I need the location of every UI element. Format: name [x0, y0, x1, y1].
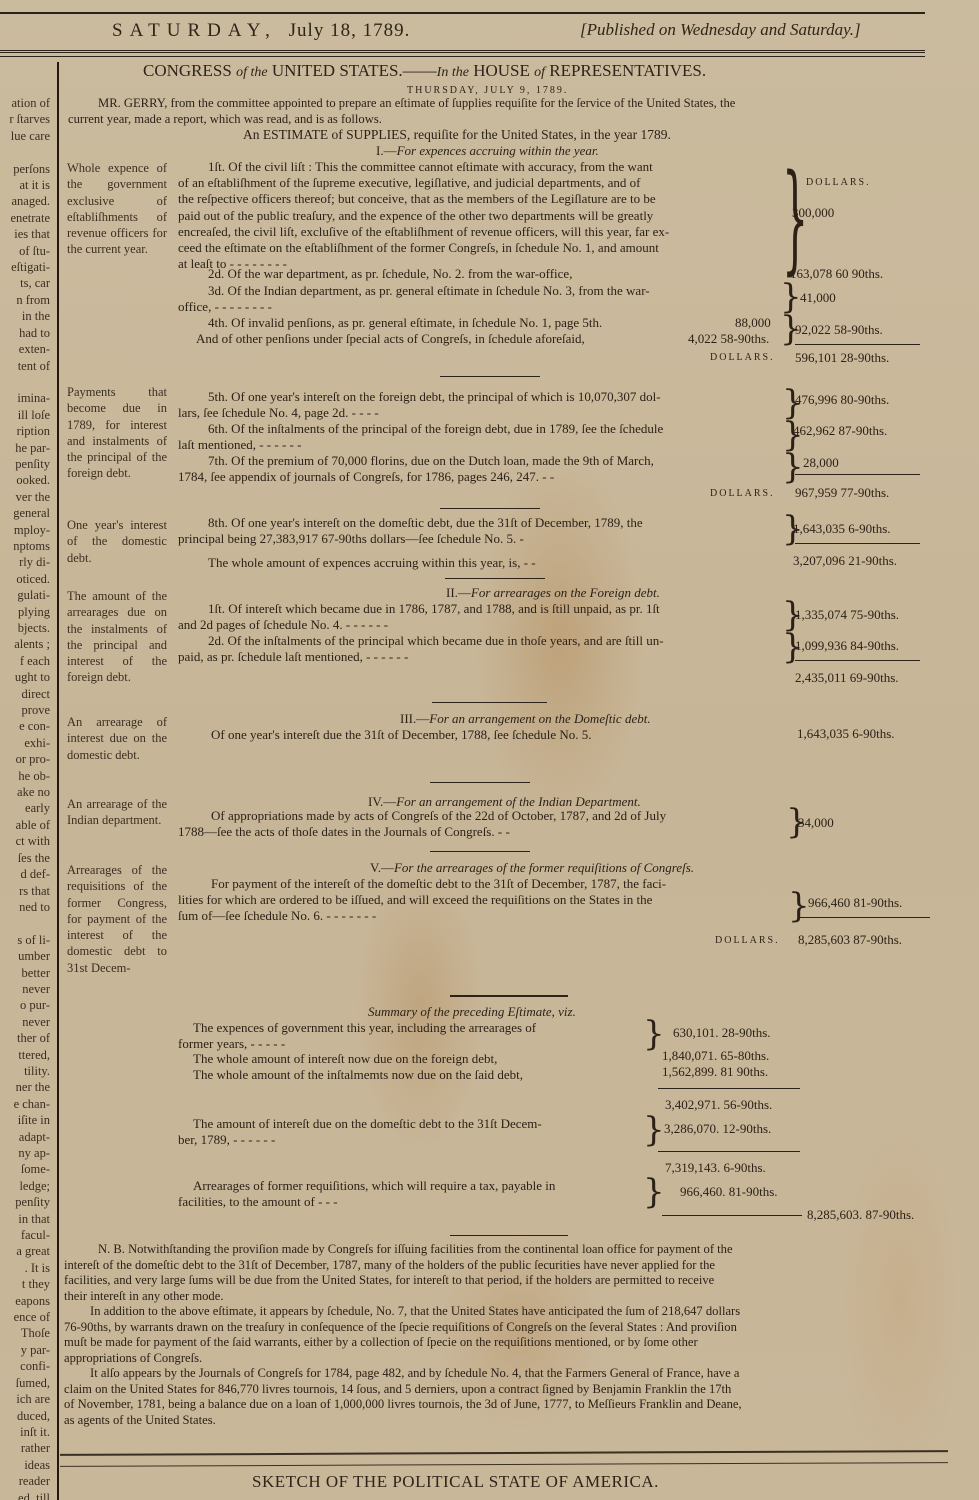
item-arrear-interest-2: and 2d pages of ſchedule No. 4. - - - - …	[178, 617, 388, 633]
fragment-line: penſity	[0, 1194, 50, 1210]
column-divider	[57, 62, 59, 1500]
summary-row-3: The whole amount of the inſtalmemts now …	[193, 1067, 523, 1083]
item-domestic-arrear: Of one year's intereſt due the 31ſt of D…	[211, 727, 592, 743]
section-divider	[430, 851, 530, 852]
notes-divider	[450, 1235, 568, 1236]
fragment-line: ſumed,	[0, 1375, 50, 1391]
fragment-line: better	[0, 965, 50, 981]
fragment-line: tility.	[0, 1063, 50, 1079]
fragment-line: ttered,	[0, 1047, 50, 1063]
section-title: For arrearages on the Foreign debt.	[471, 585, 660, 600]
masthead-date-value: July 18, 1789.	[289, 20, 411, 41]
fragment-line: nptoms	[0, 538, 50, 554]
note-line: their intereſt in any other mode.	[64, 1288, 223, 1304]
section-title: For expences accruing within the year.	[397, 143, 599, 158]
margin-note-domestic-interest: One year's interest of the domestic debt…	[67, 517, 167, 566]
summary-row-1b: former years, - - - - -	[178, 1036, 285, 1052]
fragment-line: gulati-	[0, 587, 50, 603]
fragment-line: d def-	[0, 866, 50, 882]
amount-indian-department: 41,000	[800, 290, 836, 306]
fragment-line: iſite in	[0, 1112, 50, 1128]
fragment-line: never	[0, 1014, 50, 1030]
headline-part: of the	[236, 65, 268, 80]
item-invalid-pensions: 4th. Of invalid penſions, as pr. general…	[208, 315, 602, 331]
fragment-line: duced,	[0, 1408, 50, 1424]
item-war-department: 2d. Of the war department, as pr. ſchedu…	[208, 266, 572, 282]
item-indian-appropriations-1: Of appropriations made by acts of Congre…	[211, 808, 666, 824]
fragment-line: general	[0, 505, 50, 521]
fragment-line: ation of	[0, 95, 50, 111]
fragment-line: ake no	[0, 784, 50, 800]
brace-summary-1: }	[643, 1017, 665, 1051]
section-2-heading: II.—For arrearages on the Foreign debt.	[446, 585, 660, 601]
fragment-line: plying	[0, 604, 50, 620]
summary-rule-2	[658, 1151, 800, 1152]
amount-arrear-instalments: 1,099,936 84-90ths.	[795, 638, 899, 654]
section-number: III.—	[400, 711, 429, 726]
amount-dutch-premium: 28,000	[803, 455, 839, 471]
fragment-line: eſtigati-	[0, 259, 50, 275]
summary-title: Summary of the preceding Eſtimate, viz.	[368, 1004, 576, 1020]
summary-row-1a: The expences of government this year, in…	[193, 1020, 536, 1036]
amount-foreign-instalments: 462,962 87-90ths.	[793, 423, 887, 439]
amount-indian-appropriations: 34,000	[798, 815, 834, 831]
headline-part: CONGRESS	[143, 61, 236, 80]
subtotal-label: DOLLARS.	[710, 352, 775, 363]
fragment-line: ct with	[0, 833, 50, 849]
masthead-bottom-rule-2	[0, 56, 925, 57]
fragment-line: n from	[0, 292, 50, 308]
summary-row-2: The whole amount of intereſt now due on …	[193, 1051, 497, 1067]
fragment-line: umber	[0, 948, 50, 964]
fragment-line: ed, till	[0, 1490, 50, 1500]
fragment-line: early	[0, 800, 50, 816]
note-line: 76-90ths, by warrants drawn on the treaſ…	[64, 1319, 737, 1335]
section-number: I.—	[376, 143, 397, 158]
fragment-line: ideas	[0, 1457, 50, 1473]
fragment-line: oticed.	[0, 571, 50, 587]
section-divider	[432, 702, 547, 703]
adjacent-column-fragments: ation ofr ſtarveslue care perſonsat it i…	[0, 95, 50, 1500]
intro-line-2: current year, made a report, which was r…	[68, 111, 382, 127]
fragment-line: ner the	[0, 1079, 50, 1095]
item-indian-department-1: 3d. Of the Indian department, as pr. gen…	[208, 283, 650, 299]
item-indian-department-2: office, - - - - - - - -	[178, 299, 272, 315]
margin-note-section-3: An arrearage of interest due on the dome…	[67, 714, 167, 763]
civil-list-line: 1ſt. Of the civil liſt : This the commit…	[208, 159, 653, 175]
sub-amount-other-pensions: 4,022 58-90ths.	[688, 331, 769, 347]
masthead-top-rule	[0, 12, 925, 14]
subtotal-section-2: 2,435,011 69-90ths.	[795, 670, 899, 686]
fragment-line: of ſtu-	[0, 243, 50, 259]
item-dutch-premium-1: 7th. Of the premium of 70,000 florins, d…	[208, 453, 654, 469]
note-line: facilities, and very large ſums will be …	[64, 1272, 714, 1288]
note-line: muſt be made for payment of the ſaid war…	[64, 1334, 698, 1350]
headline-part: REPRESENTATIVES.	[545, 61, 706, 80]
fragment-line: exhi-	[0, 735, 50, 751]
fragment-line: s of li-	[0, 932, 50, 948]
fragment-line: he ob-	[0, 768, 50, 784]
note-line: appropriations of Congreſs.	[64, 1350, 202, 1366]
summary-row-5b: facilities, to the amount of - - -	[178, 1194, 338, 1210]
section-1-heading: I.—For expences accruing within the year…	[376, 143, 599, 159]
fragment-line: ts, car	[0, 275, 50, 291]
civil-list-line: encreaſed, the civil liſt, excluſive of …	[178, 224, 669, 240]
item-indian-appropriations-2: 1788—ſee the acts of thoſe dates in the …	[178, 824, 510, 840]
civil-list-line: the reſpective officers thereof; but con…	[178, 191, 656, 207]
summary-amount-4: 3,286,070. 12-90ths.	[664, 1121, 771, 1137]
brace-summary-4: }	[643, 1113, 665, 1147]
margin-note-section-4: An arrearage of the Indian department.	[67, 796, 167, 829]
margin-note-foreign-payments: Payments that become due in 1789, for in…	[67, 384, 167, 482]
fragment-line: ught to	[0, 669, 50, 685]
note-line: claim on the United States for 846,770 l…	[64, 1381, 731, 1397]
fragment-line: direct	[0, 686, 50, 702]
section-number: II.—	[446, 585, 471, 600]
fragment-line: ther of	[0, 1030, 50, 1046]
fragment-line: ence of	[0, 1309, 50, 1325]
civil-list-line: of an eſtabliſhment of the ſupreme execu…	[178, 175, 640, 191]
headline-part: of	[534, 65, 545, 80]
fragment-line: facul-	[0, 1227, 50, 1243]
fragment-line: ich are	[0, 1391, 50, 1407]
fragment-line: e con-	[0, 718, 50, 734]
fragment-line: ill loſe	[0, 407, 50, 423]
note-line: In addition to the above eſtimate, it ap…	[90, 1303, 740, 1319]
subtotal-section-1a: 596,101 28-90ths.	[795, 350, 889, 366]
subtotal-foreign-payments: 967,959 77-90ths.	[795, 485, 889, 501]
estimate-grand-total: 8,285,603 87-90ths.	[798, 932, 902, 948]
fragment-line: ny ap-	[0, 1145, 50, 1161]
fragment-line: ription	[0, 423, 50, 439]
summary-rule-1	[658, 1088, 800, 1089]
fragment-line: t they	[0, 1276, 50, 1292]
section-divider	[445, 578, 545, 579]
item-other-pensions: And of other penſions under ſpecial acts…	[196, 331, 585, 347]
note-line: N. B. Notwithſtanding the proviſion made…	[98, 1241, 733, 1257]
fragment-line: e chan-	[0, 1096, 50, 1112]
dollars-column-label: DOLLARS.	[806, 177, 871, 188]
fragment-line: o pur-	[0, 997, 50, 1013]
fragment-line: ies that	[0, 226, 50, 242]
fragment-line: rly di-	[0, 554, 50, 570]
item-domestic-interest-1: 8th. Of one year's intereſt on the domeſ…	[208, 515, 643, 531]
publication-schedule-note: [Published on Wednesday and Saturday.]	[580, 20, 861, 40]
next-article-headline: SKETCH OF THE POLITICAL STATE OF AMERICA…	[252, 1472, 659, 1492]
fragment-line: a great	[0, 1243, 50, 1259]
margin-note-section-5: Arrearages of the requisitions of the fo…	[67, 862, 167, 976]
headline-part: HOUSE	[469, 61, 534, 80]
fragment-line	[0, 374, 50, 390]
brace-summary-5: }	[643, 1175, 665, 1209]
note-line: It alſo appears by the Journals of Congr…	[90, 1365, 739, 1381]
amount-foreign-interest: 476,996 80-90ths.	[795, 392, 889, 408]
summary-amount-1: 630,101. 28-90ths.	[673, 1025, 771, 1041]
amount-arrear-interest: 1,335,074 75-90ths.	[795, 607, 899, 623]
item-dutch-premium-2: 1784, ſee appendix of journals of Congre…	[178, 469, 554, 485]
item-foreign-instalments-1: 6th. Of the inſtalments of the principal…	[208, 421, 663, 437]
summary-row-4a: The amount of intereſt due on the domeſt…	[193, 1116, 542, 1132]
fragment-line: rs that	[0, 883, 50, 899]
note-line: intereſt of the domeſtic debt to the 31ſ…	[64, 1257, 715, 1273]
fragment-line: imina-	[0, 390, 50, 406]
note-line: of November, 1781, being a balance due o…	[64, 1396, 742, 1412]
brace-dutch-premium: }	[782, 450, 804, 484]
summary-subtotal-1: 3,402,971. 56-90ths.	[665, 1097, 772, 1113]
amount-former-requisitions: 966,460 81-90ths.	[808, 895, 902, 911]
ornamental-rule	[60, 1450, 948, 1467]
fragment-line: r ſtarves	[0, 111, 50, 127]
total-label: DOLLARS.	[715, 935, 780, 946]
fragment-line: ſome-	[0, 1161, 50, 1177]
fragment-line: enetrate	[0, 210, 50, 226]
summary-subtotal-2: 7,319,143. 6-90ths.	[665, 1160, 766, 1176]
section-divider	[440, 508, 540, 509]
fragment-line: rather	[0, 1440, 50, 1456]
civil-list-line: paid out of the public treaſury, and the…	[178, 208, 653, 224]
fragment-line: able of	[0, 817, 50, 833]
estimate-title: An ESTIMATE of SUPPLIES, requiſite for t…	[243, 127, 671, 143]
sub-amount-invalid-pensions: 88,000	[735, 315, 771, 331]
subtotal-label: DOLLARS.	[710, 488, 775, 499]
amount-pensions: 92,022 58-90ths.	[795, 322, 883, 338]
headline-part: In the	[437, 65, 469, 80]
summary-amount-3: 1,562,899. 81 90ths.	[662, 1064, 768, 1080]
masthead-bottom-rule	[0, 50, 925, 53]
note-line: as agents of the United States.	[64, 1412, 216, 1428]
item-arrear-instalments-1: 2d. Of the inſtalments of the principal …	[208, 633, 664, 649]
subtotal-rule	[795, 660, 920, 661]
section-title: For an arrangement of the Indian Departm…	[396, 794, 640, 809]
amount-domestic-interest: 1,643,035 6-90ths.	[793, 521, 891, 537]
fragment-line: mploy-	[0, 522, 50, 538]
subtotal-rule	[795, 474, 920, 475]
masthead-date: SATURDAY, July 18, 1789.	[112, 20, 410, 42]
fragment-line: bjects.	[0, 620, 50, 636]
amount-civil-list: 300,000	[792, 205, 834, 221]
fragment-line: exten-	[0, 341, 50, 357]
fragment-line: y par-	[0, 1342, 50, 1358]
fragment-line: in the	[0, 308, 50, 324]
fragment-line: Thoſe	[0, 1325, 50, 1341]
fragment-line: confi-	[0, 1358, 50, 1374]
masthead-day: SATURDAY,	[112, 20, 277, 41]
summary-amount-2: 1,840,071. 65-80ths.	[662, 1048, 769, 1064]
section-divider	[430, 782, 530, 783]
item-arrear-instalments-2: paid, as pr. ſchedule laſt mentioned, - …	[178, 649, 408, 665]
amount-domestic-arrear: 1,643,035 6-90ths.	[797, 726, 895, 742]
civil-list-line: ceed the eſtimate on the eſtabliſhment o…	[178, 240, 659, 256]
section-5-heading: V.—For the arrearages of the former requ…	[370, 860, 694, 876]
whole-amount-line: The whole amount of expences accruing wi…	[208, 555, 536, 571]
fragment-line: never	[0, 981, 50, 997]
fragment-line: penſity	[0, 456, 50, 472]
section-3-heading: III.—For an arrangement on the Domeſtic …	[400, 711, 651, 727]
headline-part: UNITED STATES.——	[268, 61, 437, 80]
intro-line-1: MR. GERRY, from the committee appointed …	[98, 95, 735, 111]
summary-amount-5: 966,460. 81-90ths.	[680, 1184, 778, 1200]
fragment-line: adapt-	[0, 1129, 50, 1145]
fragment-line: inſt it.	[0, 1424, 50, 1440]
fragment-line: or pro-	[0, 751, 50, 767]
fragment-line: had to	[0, 325, 50, 341]
section-title: For the arrearages of the former requiſi…	[394, 860, 694, 875]
fragment-line: alents ;	[0, 636, 50, 652]
summary-divider	[450, 995, 568, 997]
fragment-line: ſes the	[0, 850, 50, 866]
item-arrear-interest-1: 1ſt. Of intereſt which became due in 178…	[208, 601, 660, 617]
fragment-line: in that	[0, 1211, 50, 1227]
margin-note-section-2: The amount of the arrearages due on the …	[67, 588, 167, 686]
fragment-line: eapons	[0, 1293, 50, 1309]
fragment-line: prove	[0, 702, 50, 718]
subtotal-rule	[795, 543, 920, 544]
fragment-line: anaged.	[0, 193, 50, 209]
whole-amount-current-year: 3,207,096 21-90ths.	[793, 553, 897, 569]
margin-note-section-1: Whole expence of the government exclusiv…	[67, 160, 167, 258]
article-headline: CONGRESS of the UNITED STATES.——In the H…	[143, 61, 706, 81]
fragment-line: perſons	[0, 161, 50, 177]
item-domestic-interest-2: principal being 27,383,917 67-90ths doll…	[178, 531, 524, 547]
item-foreign-instalments-2: laſt mentioned, - - - - - -	[178, 437, 301, 453]
subtotal-rule	[795, 344, 920, 345]
fragment-line: ver the	[0, 489, 50, 505]
section-number: V.—	[370, 860, 394, 875]
summary-grand-total: 8,285,603. 87-90ths.	[807, 1207, 914, 1223]
fragment-line: reader	[0, 1473, 50, 1489]
summary-row-4b: ber, 1789, - - - - - -	[178, 1132, 275, 1148]
fragment-line: lue care	[0, 128, 50, 144]
fragment-line: . It is	[0, 1260, 50, 1276]
amount-war-department: 163,078 60 90ths.	[790, 266, 883, 282]
summary-rule-3	[662, 1215, 802, 1216]
fragment-line: f each	[0, 653, 50, 669]
fragment-line: tent of	[0, 358, 50, 374]
item-former-requisitions-3: ſum of—ſee ſchedule No. 6. - - - - - - -	[178, 908, 376, 924]
fragment-line: ooked.	[0, 472, 50, 488]
fragment-line	[0, 915, 50, 931]
item-foreign-interest-1: 5th. Of one year's intereſt on the forei…	[208, 389, 661, 405]
item-foreign-interest-2: lars, ſee ſchedule No. 4, page 2d. - - -…	[178, 405, 379, 421]
fragment-line: ned to	[0, 899, 50, 915]
summary-row-5a: Arrearages of former requiſitions, which…	[193, 1178, 555, 1194]
total-rule	[800, 917, 930, 918]
item-former-requisitions-1: For payment of the intereſt of the domeſ…	[211, 876, 666, 892]
fragment-line: at it is	[0, 177, 50, 193]
section-number: IV.—	[368, 794, 396, 809]
fragment-line: ledge;	[0, 1178, 50, 1194]
item-former-requisitions-2: lities for which are ordered to be iſſue…	[178, 892, 652, 908]
fragment-line	[0, 144, 50, 160]
fragment-line: he par-	[0, 440, 50, 456]
section-title: For an arrangement on the Domeſtic debt.	[429, 711, 650, 726]
section-divider	[440, 376, 540, 377]
